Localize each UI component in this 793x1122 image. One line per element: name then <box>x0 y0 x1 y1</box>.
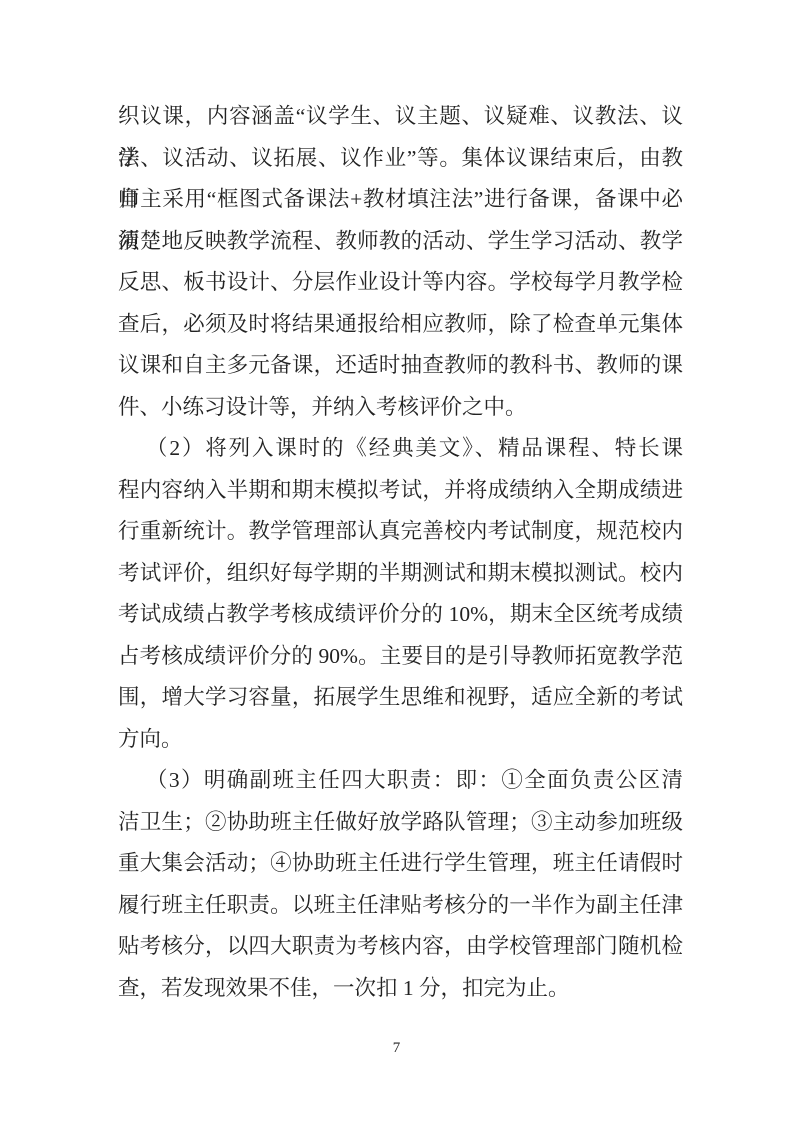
page-number: 7 <box>0 1038 793 1058</box>
text-line: 查，若发现效果不佳，一次扣 1 分，扣完为止。 <box>118 968 683 1010</box>
text-line: 反思、板书设计、分层作业设计等内容。学校每学月教学检 <box>118 262 683 304</box>
text-line: 重大集会活动；④协助班主任进行学生管理，班主任请假时 <box>118 843 683 885</box>
text-line: 围，增大学习容量，拓展学生思维和视野，适应全新的考试 <box>118 677 683 719</box>
text-line: 程内容纳入半期和期末模拟考试，并将成绩纳入全期成绩进 <box>118 470 683 512</box>
text-line: 清楚地反映教学流程、教师教的活动、学生学习活动、教学 <box>118 221 683 263</box>
text-line: 议课和自主多元备课，还适时抽查教师的教科书、教师的课 <box>118 345 683 387</box>
document-body: 织议课，内容涵盖“议学生、议主题、议疑难、议教法、议学法、议活动、议拓展、议作业… <box>118 96 683 1009</box>
text-line: 法、议活动、议拓展、议作业”等。集体议课结束后，由教师 <box>118 138 683 180</box>
document-page: 织议课，内容涵盖“议学生、议主题、议疑难、议教法、议学法、议活动、议拓展、议作业… <box>0 0 793 1122</box>
text-line: 履行班主任职责。以班主任津贴考核分的一半作为副主任津 <box>118 885 683 927</box>
text-line: 织议课，内容涵盖“议学生、议主题、议疑难、议教法、议学 <box>118 96 683 138</box>
text-line: 行重新统计。教学管理部认真完善校内考试制度，规范校内 <box>118 511 683 553</box>
text-line: 自主采用“框图式备课法+教材填注法”进行备课，备课中必须 <box>118 179 683 221</box>
text-line: 考试成绩占教学考核成绩评价分的 10%，期末全区统考成绩 <box>118 594 683 636</box>
text-line: （3）明确副班主任四大职责：即：①全面负责公区清 <box>118 760 683 802</box>
text-line: 考试评价，组织好每学期的半期测试和期末模拟测试。校内 <box>118 553 683 595</box>
text-line: 方向。 <box>118 719 683 761</box>
text-line: 查后，必须及时将结果通报给相应教师，除了检查单元集体 <box>118 304 683 346</box>
text-line: 贴考核分，以四大职责为考核内容，由学校管理部门随机检 <box>118 926 683 968</box>
text-line: （2）将列入课时的《经典美文》、精品课程、特长课 <box>118 428 683 470</box>
text-line: 洁卫生；②协助班主任做好放学路队管理；③主动参加班级 <box>118 802 683 844</box>
text-line: 件、小练习设计等，并纳入考核评价之中。 <box>118 387 683 429</box>
text-line: 占考核成绩评价分的 90%。主要目的是引导教师拓宽教学范 <box>118 636 683 678</box>
